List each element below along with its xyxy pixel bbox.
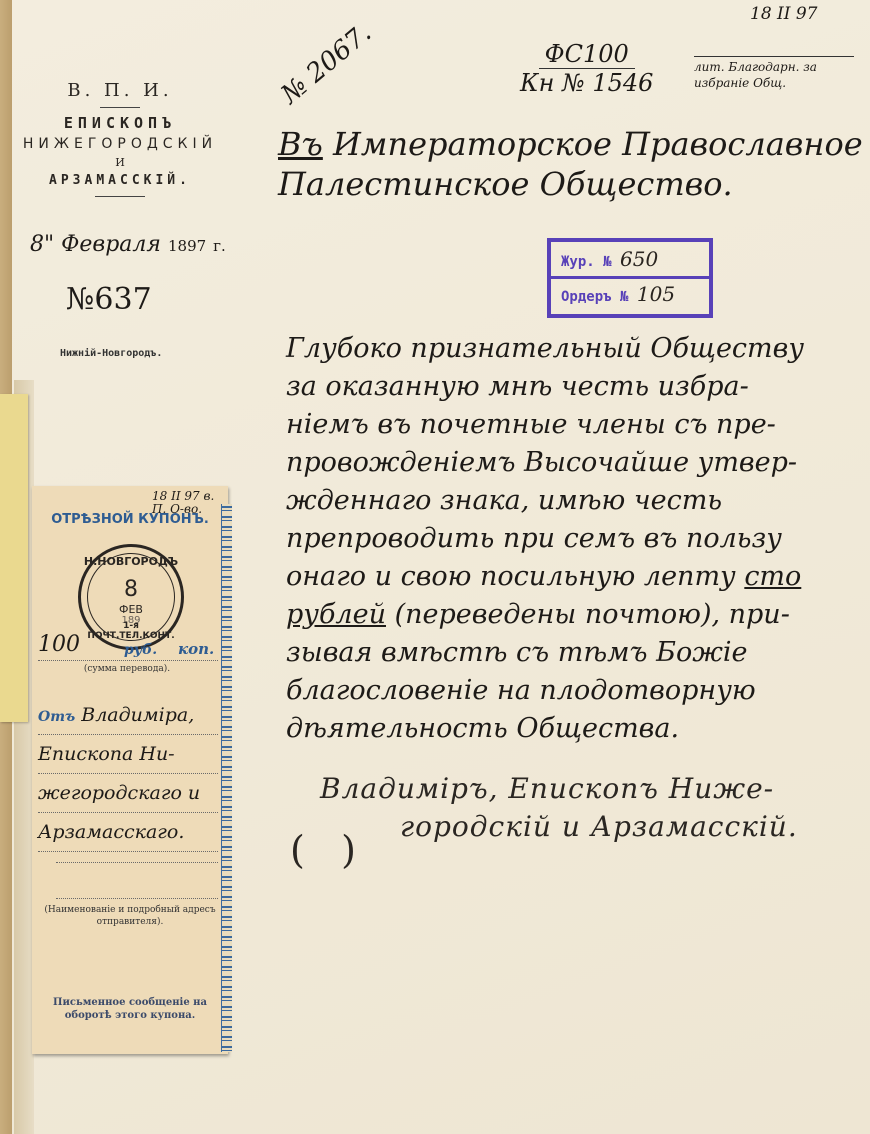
sender-line: жегородскаго и [38,774,218,813]
letterhead-conjunction: И [0,156,240,169]
sender-block: Отъ Владимiра, Епископа Ни- жегородскаго… [38,696,218,852]
blank-line [56,862,218,863]
letterhead-initials: В. П. И. [0,80,240,101]
underlined-amount: сто [744,561,801,592]
yellow-tab [0,394,28,722]
postmark-city: Н.НОВГОРОДЪ [81,555,181,568]
coupon-amount: 100 [38,632,80,657]
registry-stamp: Жур. № 650 Ордеръ № 105 [547,238,713,318]
received-date: 18 II 97 [750,4,818,24]
body-line: нiемъ въ почетные члены съ пре- [286,406,866,444]
signature-flourish: ( ) [290,828,356,872]
underlined-currency: рублей [286,599,386,630]
coupon-title: ОТРѢЗНОЙ КУПОНЪ. [32,512,228,527]
letterhead-diocese-2: АРЗАМАССКІЙ. [0,173,240,188]
date-year: 1897 [168,237,206,255]
addressee-line2: Палестинское Общество. [278,164,863,204]
addressee-prefix: Въ [278,125,323,163]
body-line: Глубоко признательный Обществу [286,330,866,368]
amount-row: 100 руб. коп. [38,636,218,661]
letterhead: В. П. И. ЕПИСКОПЪ НИЖЕГОРОДСКІЙ И АРЗАМА… [0,80,240,205]
margin-note: лит. Благодарн. за избраніе Общ. [694,56,854,91]
letter-date: 8" Февраля 1897 г. [30,232,226,257]
date-suffix: г. [213,237,226,255]
sender-line: Владимiра, [81,704,194,726]
letterhead-title: ЕПИСКОПЪ [0,114,240,132]
signature-line1: Владимiръ, Епископъ Ниже- [320,770,840,808]
letterhead-city: Нижній-Новгородъ. [60,348,162,359]
letterhead-diocese-1: НИЖЕГОРОДСКІЙ [0,136,240,152]
postal-coupon: 18 II 97 в. П. О-во. ОТРѢЗНОЙ КУПОНЪ. Н.… [32,486,228,1054]
rub-label: руб. [124,642,157,658]
ornament-divider [95,196,145,197]
signature-line2: городскiй и Арзамасскiй. [320,808,840,846]
letter-body: Глубоко признательный Обществу за оказан… [286,330,866,748]
postmark-day: 8 [81,577,181,602]
stamp-journal-label: Жур. № [561,254,612,270]
kop-label: коп. [178,640,214,658]
body-line: жденнаго знака, имѣю честь [286,482,866,520]
perforated-border [221,504,232,1052]
body-line: рублей (переведены почтою), при- [286,596,866,634]
addressee-line1: Императорское Православное [333,125,863,163]
postmark-icon: Н.НОВГОРОДЪ 8 ФЕВ 189 1-я ПОЧТ.ТЕЛ.КОНТ. [78,544,184,650]
sender-line: Арзамасскаго. [38,813,218,852]
body-line: благословенiе на плодотворную [286,672,866,710]
fraction-top: ФС100 [539,40,635,69]
stamp-journal-value: 650 [620,247,658,271]
blank-line [56,898,218,899]
body-line: препроводить при семъ въ пользу [286,520,866,558]
body-line: онаго и свою посильную лепту сто [286,558,866,596]
body-line: зывая вмѣстѣ съ тѣмъ Божiе [286,634,866,672]
registry-fraction: ФС100 Кн № 1546 [520,40,653,97]
coupon-note: Письменное сообщенiе на оборотѣ этого ку… [32,996,228,1022]
from-label: Отъ [38,709,75,725]
body-line: дѣятельность Общества. [286,710,866,748]
signature: Владимiръ, Епископъ Ниже- городскiй и Ар… [320,770,840,846]
stamp-order-row: Ордеръ № 105 [551,276,709,307]
fraction-bottom: Кн № 1546 [520,69,653,97]
sender-line: Епископа Ни- [38,735,218,774]
body-line: за оказанную мнѣ честь избра- [286,368,866,406]
date-month: Февраля [61,232,161,257]
body-line: провожденiемъ Высочайше утвер- [286,444,866,482]
stamp-order-label: Ордеръ № [561,289,628,305]
addressee: Въ Императорское Православное Палестинск… [278,124,863,204]
divider [100,107,140,108]
stamp-journal-row: Жур. № 650 [551,242,709,276]
address-label: (Наименованіе и подробный адресъ отправи… [32,904,228,928]
sum-label: (сумма перевода). [32,664,222,674]
stamp-order-value: 105 [637,282,675,306]
letter-number: №637 [66,282,152,317]
date-day: 8 [30,232,44,257]
